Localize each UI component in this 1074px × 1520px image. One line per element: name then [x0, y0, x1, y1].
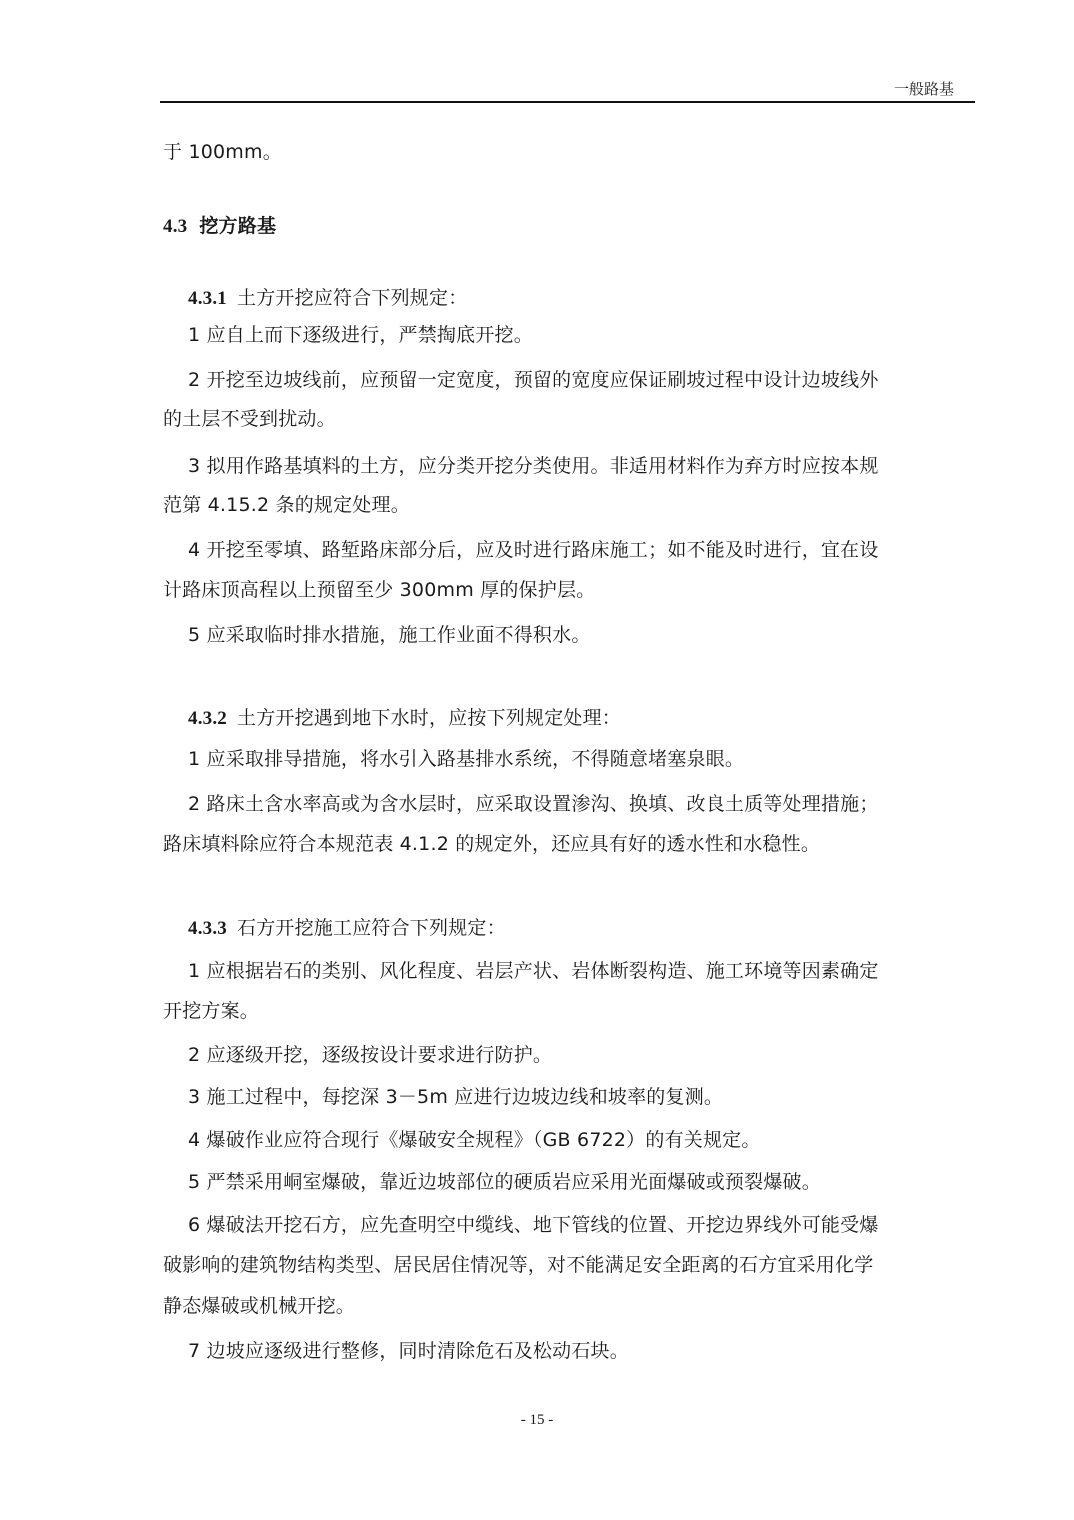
clause-line: 3 拟用作路基填料的土方，应分类开挖分类使用。非适用材料作为弃方时应按本规 [188, 452, 879, 480]
page-number: - 15 - [0, 1412, 1074, 1429]
clause-heading: 4.3.3石方开挖施工应符合下列规定： [188, 914, 506, 943]
clause-heading: 4.3.2土方开挖遇到地下水时，应按下列规定处理： [188, 704, 621, 733]
clause-title: 土方开挖遇到地下水时，应按下列规定处理： [237, 707, 621, 729]
clause-line: 的土层不受到扰动。 [163, 405, 336, 433]
clause-line: 5 应采取临时排水措施，施工作业面不得积水。 [188, 621, 591, 649]
clause-line: 计路床顶高程以上预留至少 300mm 厚的保护层。 [163, 576, 595, 604]
section-number: 4.3 [163, 216, 187, 237]
clause-line: 2 开挖至边坡线前，应预留一定宽度，预留的宽度应保证刷坡过程中设计边坡线外 [188, 366, 879, 394]
section-heading: 4.3挖方路基 [163, 212, 276, 241]
clause-title: 石方开挖施工应符合下列规定： [237, 917, 506, 939]
clause-line: 路床填料除应符合本规范表 4.1.2 的规定外，还应具有好的透水性和水稳性。 [163, 830, 820, 858]
clause-line: 静态爆破或机械开挖。 [163, 1292, 355, 1320]
clause-line: 3 施工过程中，每挖深 3－5m 应进行边坡边线和坡率的复测。 [188, 1083, 723, 1111]
clause-line: 4 开挖至零填、路堑路床部分后，应及时进行路床施工；如不能及时进行，宜在设 [188, 536, 879, 564]
clause-number: 4.3.2 [188, 708, 227, 729]
clause-line: 1 应根据岩石的类别、风化程度、岩层产状、岩体断裂构造、施工环境等因素确定 [188, 957, 879, 985]
clause-title: 土方开挖应符合下列规定： [237, 287, 467, 309]
clause-number: 4.3.3 [188, 918, 227, 939]
header-rule [160, 101, 975, 103]
clause-heading: 4.3.1土方开挖应符合下列规定： [188, 284, 467, 313]
running-header-title: 一般路基 [894, 78, 954, 99]
clause-line: 范第 4.15.2 条的规定处理。 [163, 491, 410, 519]
clause-line: 7 边坡应逐级进行整修，同时清除危石及松动石块。 [188, 1337, 629, 1365]
clause-line: 1 应采取排导措施，将水引入路基排水系统，不得随意堵塞泉眼。 [188, 745, 744, 773]
clause-line: 5 严禁采用峒室爆破，靠近边坡部位的硬质岩应采用光面爆破或预裂爆破。 [188, 1168, 821, 1196]
continued-text: 于 100mm。 [163, 138, 282, 166]
clause-line: 6 爆破法开挖石方，应先查明空中缆线、地下管线的位置、开挖边界线外可能受爆 [188, 1211, 879, 1239]
clause-line: 4 爆破作业应符合现行《爆破安全规程》（GB 6722）的有关规定。 [188, 1126, 761, 1154]
clause-line: 2 路床土含水率高或为含水层时，应采取设置渗沟、换填、改良土质等处理措施； [188, 790, 879, 818]
clause-line: 破影响的建筑物结构类型、居民居住情况等，对不能满足安全距离的石方宜采用化学 [163, 1251, 873, 1279]
clause-line: 1 应自上而下逐级进行，严禁掏底开挖。 [188, 321, 533, 349]
section-title: 挖方路基 [199, 215, 276, 237]
clause-line: 2 应逐级开挖，逐级按设计要求进行防护。 [188, 1041, 552, 1069]
clause-number: 4.3.1 [188, 288, 227, 309]
clause-line: 开挖方案。 [163, 997, 259, 1025]
